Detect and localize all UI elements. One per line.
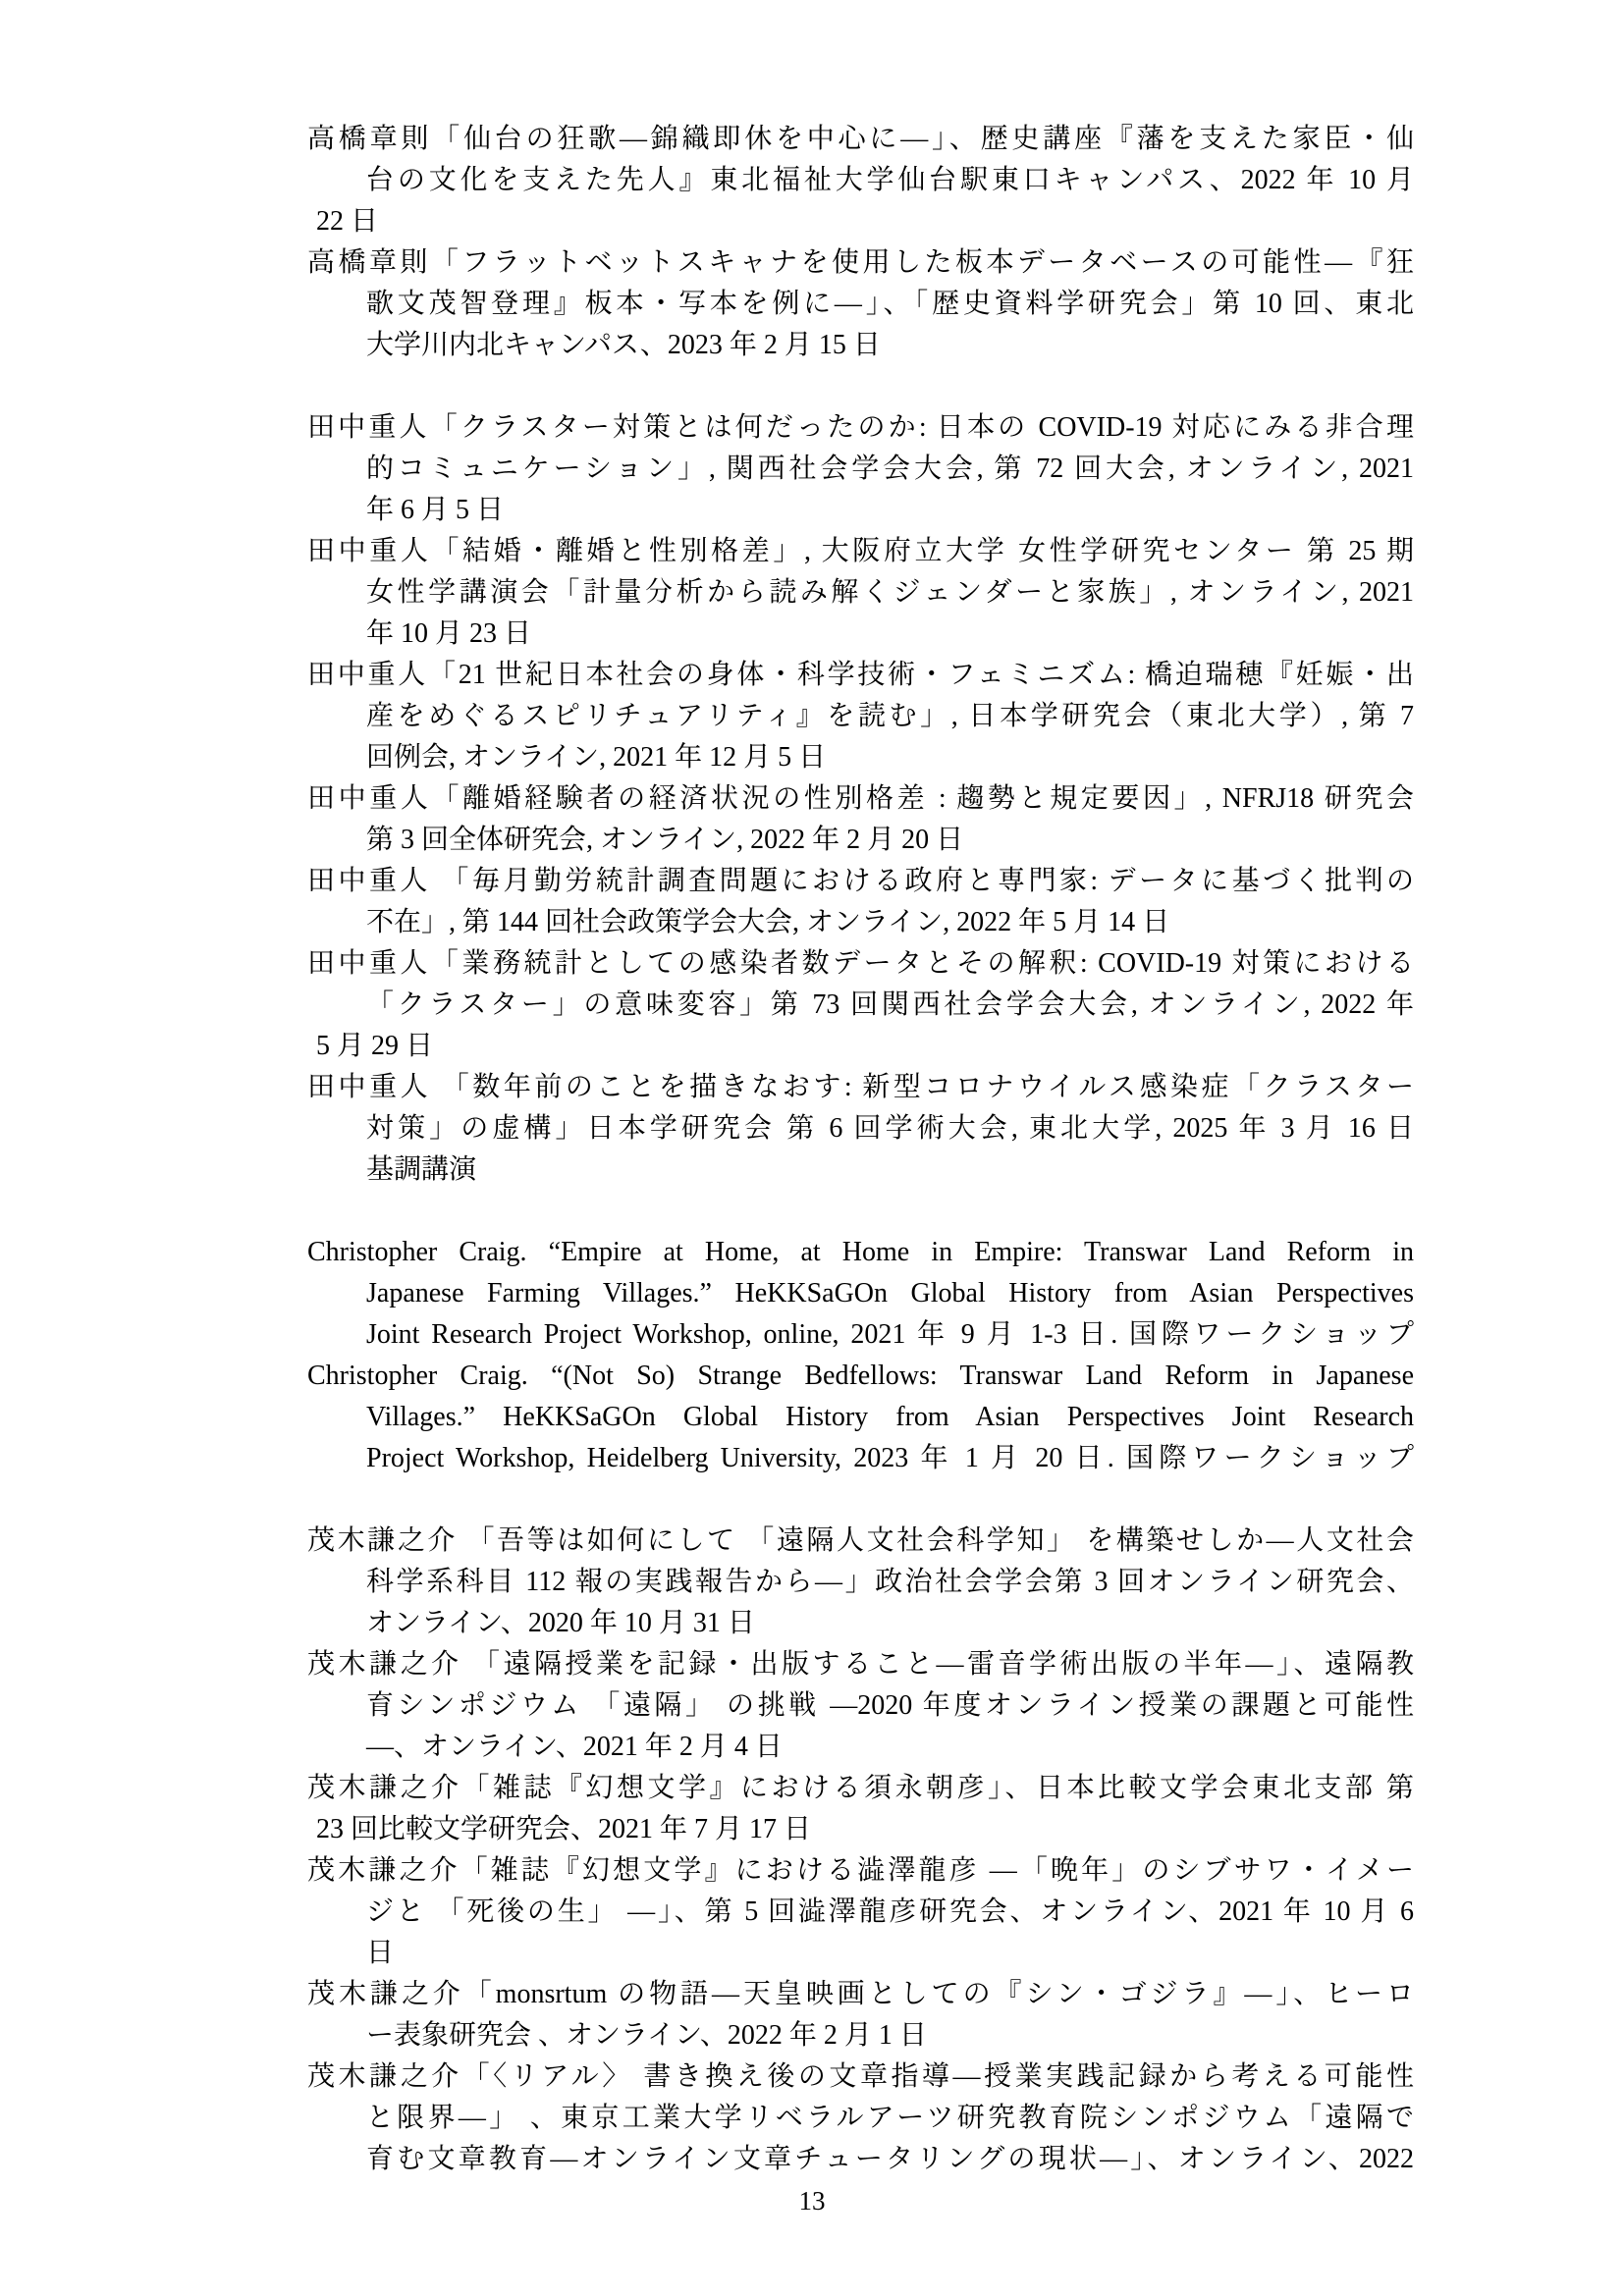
entry-line: 高橋章則「フラットベットスキャナを使用した板本データベースの可能性―『狂: [307, 242, 1414, 284]
entry-line: と限界―」 、東京工業大学リベラルアーツ研究教育院シンポジウム「遠隔で: [307, 2098, 1414, 2139]
entry-line: Joint Research Project Workshop, online,…: [307, 1314, 1414, 1356]
entry-line: 台の文化を支えた先人』東北福祉大学仙台駅東口キャンパス、2022 年 10 月: [307, 160, 1414, 201]
entry-line: 対策」の虚構」日本学研究会 第 6 回学術大会, 東北大学, 2025 年 3 …: [307, 1108, 1414, 1149]
entry-line: 23 回比較文学研究会、2021 年 7 月 17 日: [307, 1809, 1414, 1850]
page-number: 13: [0, 2181, 1624, 2220]
entry-line: 茂木謙之介「雑誌『幻想文学』における須永朝彦」、日本比較文学会東北支部 第: [307, 1768, 1414, 1809]
entry-line: 産をめぐるスピリチュアリティ』を読む」, 日本学研究会（東北大学）, 第 7: [307, 696, 1414, 737]
entry-line: ー表象研究会 、オンライン、2022 年 2 月 1 日: [307, 2015, 1414, 2056]
entry-line: 高橋章則「仙台の狂歌―錦織即休を中心に―」、歴史講座『藩を支えた家臣・仙: [307, 119, 1414, 160]
entry-line: 茂木謙之介「monsrtum の物語―天皇映画としての『シン・ゴジラ』―」、ヒー…: [307, 1974, 1414, 2015]
block-gap: [307, 1191, 1414, 1232]
document-page: 高橋章則「仙台の狂歌―錦織即休を中心に―」、歴史講座『藩を支えた家臣・仙台の文化…: [0, 0, 1624, 2296]
entry-line: 茂木謙之介 「遠隔授業を記録・出版すること―雷音学術出版の半年―」、遠隔教: [307, 1644, 1414, 1685]
entry-line: オンライン、2020 年 10 月 31 日: [307, 1603, 1414, 1644]
entry-line: 田中重人「離婚経験者の経済状況の性別格差 : 趨勢と規定要因」, NFRJ18 …: [307, 778, 1414, 820]
entry-line: ジと 「死後の生」 ―」、第 5 回澁澤龍彦研究会、オンライン、2021 年 1…: [307, 1892, 1414, 1933]
entry-line: ―、オンライン、2021 年 2 月 4 日: [307, 1727, 1414, 1768]
entry-line: Villages.” HeKKSaGOn Global History from…: [307, 1397, 1414, 1438]
presentation-list: 高橋章則「仙台の狂歌―錦織即休を中心に―」、歴史講座『藩を支えた家臣・仙台の文化…: [307, 119, 1414, 2180]
entry-line: 22 日: [307, 201, 1414, 242]
entry-line: 田中重人「業務統計としての感染者数データとその解釈: COVID-19 対策にお…: [307, 943, 1414, 985]
entry-line: 田中重人「結婚・離婚と性別格差」, 大阪府立大学 女性学研究センター 第 25 …: [307, 531, 1414, 572]
entry-line: 年 10 月 23 日: [307, 614, 1414, 655]
entry-line: 茂木謙之介 「吾等は如何にして 「遠隔人文社会科学知」 を構築せしか―人文社会: [307, 1521, 1414, 1562]
entry-line: 大学川内北キャンパス、2023 年 2 月 15 日: [307, 325, 1414, 366]
entry-line: 年 6 月 5 日: [307, 490, 1414, 531]
entry-line: Japanese Farming Villages.” HeKKSaGOn Gl…: [307, 1273, 1414, 1314]
entry-line: 第 3 回全体研究会, オンライン, 2022 年 2 月 20 日: [307, 820, 1414, 861]
entry-line: 「クラスター」の意味変容」第 73 回関西社会学会大会, オンライン, 2022…: [307, 985, 1414, 1026]
entry-line: Christopher Craig. “(Not So) Strange Bed…: [307, 1356, 1414, 1397]
entry-line: 育む文章教育―オンライン文章チュータリングの現状―」、オンライン、2022: [307, 2139, 1414, 2180]
entry-line: 科学系科目 112 報の実践報告から―」政治社会学会第 3 回オンライン研究会、: [307, 1562, 1414, 1603]
entry-line: 田中重人「クラスター対策とは何だったのか: 日本の COVID-19 対応にみる…: [307, 407, 1414, 449]
entry-line: 回例会, オンライン, 2021 年 12 月 5 日: [307, 737, 1414, 778]
entry-line: 不在」, 第 144 回社会政策学会大会, オンライン, 2022 年 5 月 …: [307, 902, 1414, 943]
entry-line: 基調講演: [307, 1149, 1414, 1191]
entry-line: 5 月 29 日: [307, 1026, 1414, 1067]
entry-line: 日: [307, 1933, 1414, 1974]
entry-line: Project Workshop, Heidelberg University,…: [307, 1438, 1414, 1479]
entry-line: 田中重人「21 世紀日本社会の身体・科学技術・フェミニズム: 橋迫瑞穂『妊娠・出: [307, 655, 1414, 696]
entry-line: 茂木謙之介「〈リアル〉 書き換え後の文章指導―授業実践記録から考える可能性: [307, 2056, 1414, 2098]
block-gap: [307, 1479, 1414, 1521]
entry-line: 田中重人 「数年前のことを描きなおす: 新型コロナウイルス感染症「クラスター: [307, 1067, 1414, 1108]
entry-line: Christopher Craig. “Empire at Home, at H…: [307, 1232, 1414, 1273]
entry-line: 女性学講演会「計量分析から読み解くジェンダーと家族」, オンライン, 2021: [307, 572, 1414, 614]
entry-line: 歌文茂智登理』板本・写本を例に―」、「歴史資料学研究会」第 10 回、東北: [307, 284, 1414, 325]
entry-line: 育シンポジウム 「遠隔」 の挑戦 ―2020 年度オンライン授業の課題と可能性: [307, 1685, 1414, 1727]
block-gap: [307, 366, 1414, 407]
entry-line: 茂木謙之介「雑誌『幻想文学』における澁澤龍彦 ―「晩年」のシブサワ・イメー: [307, 1850, 1414, 1892]
entry-line: 田中重人 「毎月勤労統計調査問題における政府と専門家: データに基づく批判の: [307, 861, 1414, 902]
entry-line: 的コミュニケーション」, 関西社会学会大会, 第 72 回大会, オンライン, …: [307, 449, 1414, 490]
